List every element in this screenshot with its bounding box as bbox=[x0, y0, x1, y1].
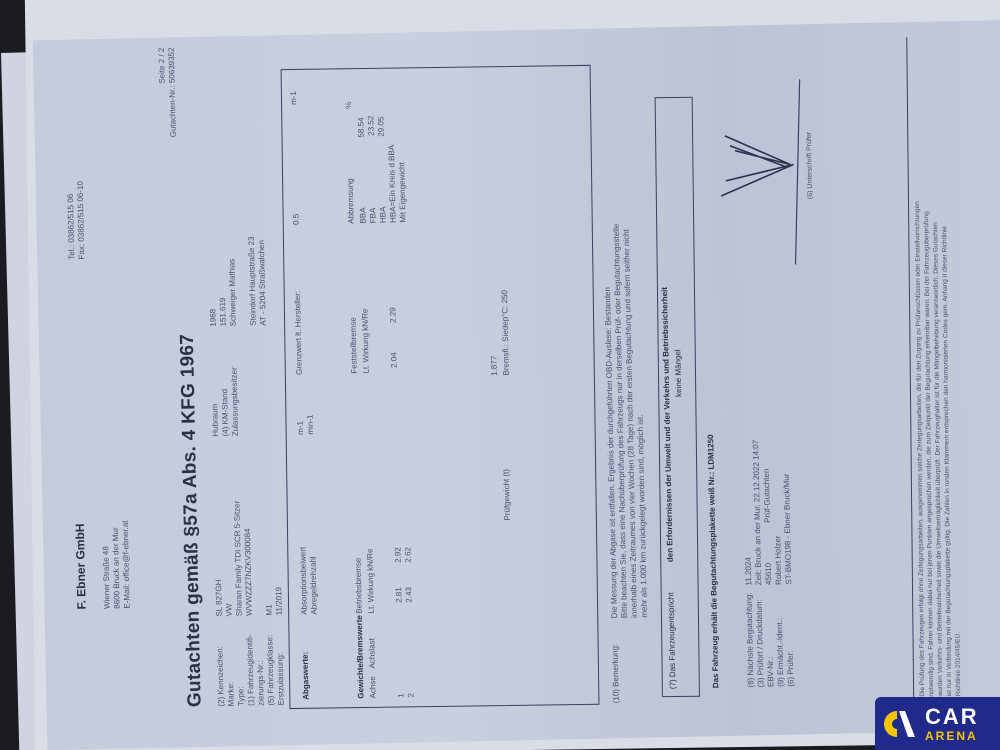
header-parking-effect: Lt. Wirkung kN/Re bbox=[360, 308, 371, 373]
value-first-registration: 11/2019 bbox=[272, 500, 284, 616]
remark-text: Die Messung der Abgase ist entfallen. Er… bbox=[602, 223, 650, 618]
test-weight-label: Prüfgewicht (t) bbox=[502, 469, 513, 521]
exhaust-measures: Absorptionsbeiwert Abregeldrehzahl bbox=[298, 546, 319, 614]
verdict-status: entspricht bbox=[666, 592, 677, 627]
signature-label: (6) Unterschrift Prüfer bbox=[805, 132, 816, 199]
decel-hba-value: 29.05 bbox=[376, 117, 385, 137]
vehicle-labels: (2) Kennzeichen: Marke: Type: (1) Fahrze… bbox=[215, 625, 287, 706]
label-owner: Zulassungsbesitzer bbox=[230, 367, 241, 436]
header-axle: Achse bbox=[368, 676, 378, 698]
rpm-label: Abregeldrehzahl bbox=[308, 546, 319, 614]
value-report-type: Prüf-Gutachten bbox=[762, 469, 772, 523]
vehicle-right-labels: Hubraum (4) KM-Stand Zulassungsbesitzer bbox=[210, 367, 241, 437]
company-email: E-Mail: office@f-ebner.at bbox=[121, 520, 133, 608]
vehicle-right-values: 1968 151.619 Schweiger Mathias Steindorf… bbox=[207, 236, 269, 327]
header-service-effect: Lt. Wirkung kN/Re bbox=[365, 548, 376, 613]
verdict-defects: keine Mängel bbox=[673, 349, 684, 397]
decel-bba-label: BBA bbox=[358, 207, 367, 223]
footer-labels: (8) Nächste Begutachtung: (3) Prüfort / … bbox=[744, 591, 796, 687]
test-weight-value: 1.877 bbox=[489, 356, 499, 376]
exhaust-limit-label: Grenzwert lt. Hersteller: bbox=[293, 291, 305, 375]
car-arena-watermark: CAR ARENA bbox=[875, 697, 1000, 750]
report-title: Gutachten gemäß §57a Abs. 4 KFG 1967 bbox=[177, 334, 207, 708]
company-name: F. Ebner GmbH bbox=[73, 523, 89, 609]
owner-city: AT - 5204 Straßwalchen bbox=[257, 236, 269, 326]
decel-bba-value: 58.54 bbox=[356, 117, 365, 137]
header-percent: % bbox=[344, 102, 354, 109]
value-inspector: ST-BMO198 - Ebner Bruck/Mur bbox=[781, 439, 794, 585]
unit-absorption: m-1 bbox=[296, 415, 306, 435]
verdict-label: (7) Das Fahrzeug bbox=[667, 627, 678, 689]
exhaust-label: Abgaswerte: bbox=[301, 652, 312, 700]
brand-arena: ARENA bbox=[925, 730, 979, 742]
plate-sticker: Das Fahrzeug erhält die Begutachtungspla… bbox=[706, 434, 721, 688]
header-service-brake: Betriebsbremse bbox=[354, 558, 365, 614]
footer-values: 11.2024 Zeit: Bruck an der Mur, 22.12.20… bbox=[741, 439, 794, 585]
car-arena-logo-icon bbox=[883, 707, 917, 741]
brake-row-1-parking-left: 2.04 bbox=[389, 352, 399, 368]
header-parking-brake: Feststellbremse bbox=[349, 317, 360, 374]
header-deceleration: Abbremsung bbox=[346, 178, 357, 224]
brake-fluid: Bremsfl.: Siedep°C: 250 bbox=[500, 290, 512, 376]
brake-row-1-service-left: 2.81 bbox=[394, 587, 404, 603]
company-fax: Fax: 03862/515 06-10 bbox=[76, 181, 88, 259]
brake-row-1-service-right: 2.92 bbox=[393, 547, 403, 563]
inspection-report-sheet: F. Ebner GmbH Wiener Straße 48 8600 Bruc… bbox=[33, 20, 1000, 750]
unit-rpm: min-1 bbox=[306, 415, 316, 435]
report-content: F. Ebner GmbH Wiener Straße 48 8600 Bruc… bbox=[53, 20, 1000, 730]
measurement-box bbox=[281, 65, 600, 709]
vehicle-values: SL 827GH VW Sharan Family TDI SCR 5-Sitz… bbox=[212, 500, 284, 617]
brake-row-2-service-left: 2.43 bbox=[404, 587, 414, 603]
brake-row-1-parking-right: 2.29 bbox=[388, 307, 398, 323]
label-test-location: (3) Prüfort / Druckdatum: bbox=[754, 592, 766, 687]
deceleration-list: BBA58.54 FBA23.52 HBA29.05 HBA=Ein Kreis… bbox=[356, 115, 408, 224]
decel-fba-value: 23.52 bbox=[366, 116, 375, 136]
brake-row-2-service-right: 2.62 bbox=[403, 547, 413, 563]
exhaust-limit-value: 0.5 bbox=[291, 214, 301, 225]
company-address: Wiener Straße 48 8600 Bruck an der Mur E… bbox=[101, 520, 133, 609]
inspector-signature bbox=[704, 74, 818, 276]
company-contact: Tel.: 03862/515 06 Fax: 03862/515 06-10 bbox=[66, 181, 88, 260]
decel-hba-label: HBA bbox=[378, 207, 387, 224]
legal-text: Die Prüfung des Fahrzeuges erfolgt ohne … bbox=[911, 31, 963, 696]
value-ebv: 45610 bbox=[764, 563, 773, 585]
report-number: Gutachten-Nr.: 50639352 bbox=[167, 47, 180, 167]
brand-car: CAR bbox=[925, 706, 979, 728]
header-axle-load: Achslast bbox=[367, 638, 378, 668]
label-first-registration: Erstzulassung: bbox=[275, 625, 287, 705]
exhaust-units: m-1 min-1 bbox=[296, 415, 316, 435]
exhaust-limit-unit: m-1 bbox=[289, 91, 299, 105]
page-info: Seite 2 / 2 Gutachten-Nr.: 50639352 bbox=[157, 47, 180, 167]
label-vin: (1) Fahrzeugidentifi-zierungs-Nr.: bbox=[245, 626, 267, 706]
brakes-label: Gewichte/Bremswerte bbox=[355, 615, 367, 699]
decel-fba-label: FBA bbox=[368, 208, 377, 224]
brake-row-1-axle: 1 bbox=[396, 693, 406, 698]
label-inspector: (6) Prüfer: bbox=[784, 591, 796, 686]
brake-row-2-axle: 2 bbox=[406, 693, 416, 698]
remark-label: (10) Bemerkung: bbox=[610, 644, 621, 704]
